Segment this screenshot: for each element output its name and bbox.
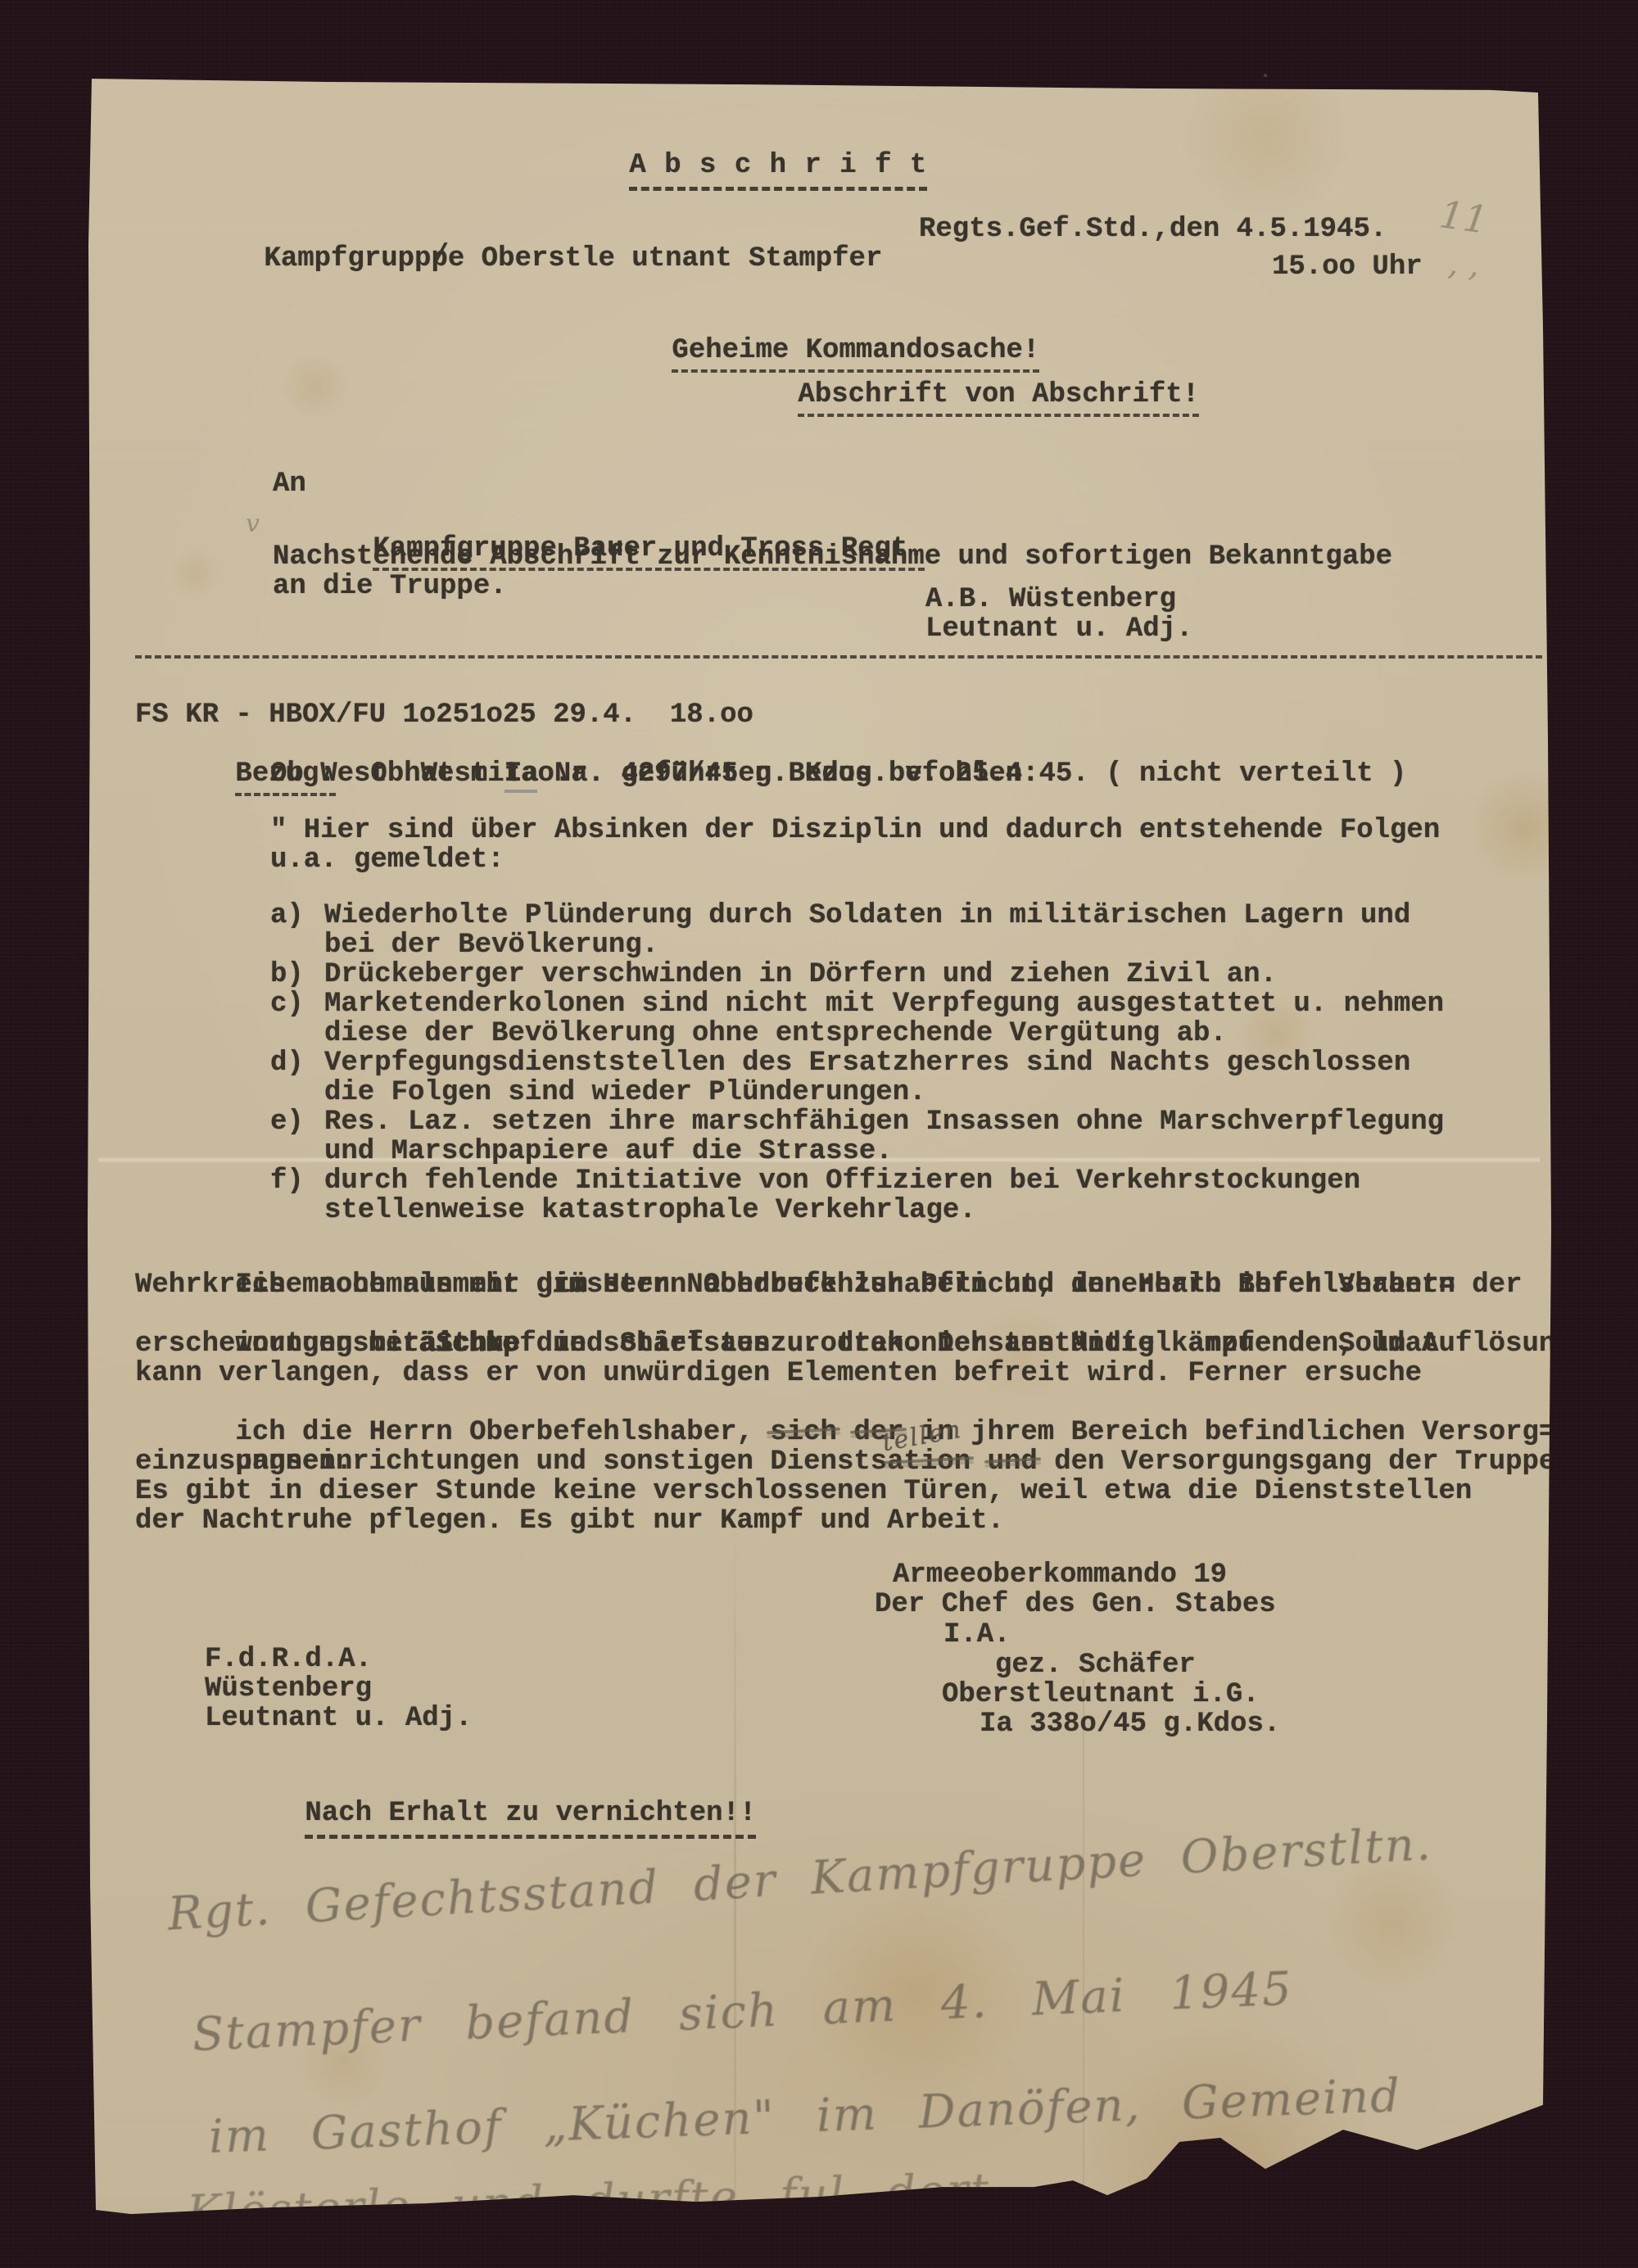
document-title: A b s c h r i f t bbox=[524, 121, 927, 210]
list-item-c-line-1: Marketenderkolonen sind nicht mit Verpfe… bbox=[324, 989, 1444, 1019]
pencil-struck-word: und bbox=[988, 1446, 1038, 1478]
list-item-d-label: d) bbox=[270, 1048, 304, 1078]
address-body-2: an die Truppe. bbox=[273, 572, 507, 601]
signature-ia: I.A. bbox=[943, 1620, 1011, 1650]
document-title-text: A b s c h r i f t bbox=[629, 150, 927, 191]
pencil-edge-marks-top: 11 bbox=[1437, 192, 1491, 242]
sender-pre: Kampfgrupp bbox=[264, 243, 431, 274]
signature-chief: Der Chef des Gen. Stabes bbox=[875, 1590, 1276, 1619]
list-item-f-line-2: stellenweise katastrophale Verkehrlage. bbox=[324, 1196, 976, 1225]
quote-line-2: u.a. gemeldet: bbox=[270, 845, 505, 875]
list-item-b-line-1: Drückeberger verschwinden in Dörfern und… bbox=[324, 960, 1277, 989]
list-item-c-line-2: diese der Bevölkerung ohne entsprechende… bbox=[324, 1019, 1227, 1048]
sender-post: e Oberstle utnant Stampfer bbox=[448, 243, 883, 274]
time-line: 15.oo Uhr bbox=[1272, 252, 1423, 282]
list-item-c-label: c) bbox=[270, 989, 304, 1019]
signature-rank: Oberstleutnant i.G. bbox=[942, 1680, 1260, 1709]
list-item-d-line-1: Verpfegungsdienststellen des Ersatzherre… bbox=[324, 1048, 1410, 1078]
photo-backdrop: A b s c h r i f t Kampfgrupppe Oberstle … bbox=[0, 0, 1638, 2268]
handwriting-line-4: Klösterle und durfte ful dort bbox=[186, 2166, 991, 2238]
list-item-a-line-2: bei der Bevölkerung. bbox=[324, 930, 658, 960]
sender-line: Kampfgrupppe Oberstle utnant Stampfer bbox=[164, 215, 882, 303]
list-item-a-line-1: Wiederholte Plünderung durch Soldaten in… bbox=[324, 901, 1410, 930]
dateline: Regts.Gef.Std.,den 4.5.1945. bbox=[919, 215, 1387, 244]
paragraph-line-8: einzuspannen. bbox=[135, 1447, 352, 1477]
adjutant-role: Leutnant u. Adj. bbox=[925, 614, 1192, 644]
pencil-check-mark: v bbox=[246, 509, 260, 538]
list-item-a-label: a) bbox=[270, 901, 304, 930]
closing-line-1: Es gibt in dieser Stunde keine verschlos… bbox=[135, 1477, 1472, 1506]
destroy-note-line: Nach Erhalt zu vernichten!! bbox=[205, 1769, 756, 1858]
list-item-f-label: f) bbox=[270, 1166, 304, 1196]
certification-abbr: F.d.R.d.A. bbox=[205, 1645, 372, 1674]
signature-ref: Ia 338o/45 g.Kdos. bbox=[980, 1709, 1280, 1739]
address-body-1: Nachstehende Abschrift zur Kenntnisnahme… bbox=[273, 542, 1392, 572]
list-item-d-line-2: die Folgen sind wieder Plünderungen. bbox=[324, 1078, 926, 1107]
pencil-edge-marks-bottom: , , bbox=[1446, 245, 1480, 285]
signature-hq: Armeeoberkommando 19 bbox=[893, 1560, 1227, 1590]
paragraph-line-2: Wehrkreise nochmals mit grössten Nachdru… bbox=[135, 1270, 1455, 1300]
closing-line-2: der Nachtruhe pflegen. Es gibt nur Kampf… bbox=[135, 1506, 1004, 1536]
handwriting-line-2: Stampfer befand sich am 4. Mai 1945 bbox=[192, 1965, 1294, 2060]
list-item-e-line-1: Res. Laz. setzen ihre marschfähigen Insa… bbox=[324, 1107, 1444, 1137]
certification-name: Wüstenberg bbox=[205, 1674, 372, 1704]
separator-rule bbox=[135, 655, 1542, 659]
quote-line-1: " Hier sind über Absinken der Disziplin … bbox=[270, 816, 1440, 845]
list-item-e-label: e) bbox=[270, 1107, 304, 1137]
correction-group: ationtellen bbox=[887, 1446, 971, 1478]
paragraph-text: den Versorgungsgang der Truppe bbox=[1038, 1446, 1556, 1478]
adjutant-name: A.B. Wüstenberg bbox=[925, 585, 1176, 614]
fs-line: FS KR - HBOX/FU 1o251o25 29.4. 18.oo bbox=[135, 700, 753, 730]
list-item-f-line-1: durch fehlende Initiative von Offizieren… bbox=[324, 1166, 1360, 1196]
handwriting-line-3: im Gasthof „Küchen" im Danöfen, Gemeind bbox=[208, 2071, 1402, 2162]
certification-role: Leutnant u. Adj. bbox=[205, 1704, 472, 1733]
list-item-e-line-2: und Marschpapiere auf die Strasse. bbox=[324, 1137, 893, 1166]
paragraph-line-5: kann verlangen, dass er von unwürdigen E… bbox=[135, 1359, 1422, 1388]
destroy-note-text: Nach Erhalt zu vernichten!! bbox=[305, 1798, 756, 1839]
document-page: A b s c h r i f t Kampfgrupppe Oberstle … bbox=[0, 0, 1638, 2268]
list-item-b-label: b) bbox=[270, 960, 304, 989]
sender-struck-letter: p bbox=[431, 243, 447, 274]
signature-signed: gez. Schäfer bbox=[995, 1650, 1196, 1680]
bezug-line-2: Ob West hat mit o.a. geführten Bezug bef… bbox=[270, 759, 1039, 789]
copy-note-line: Abschrift von Abschrift! bbox=[698, 351, 1199, 439]
copy-note-text: Abschrift von Abschrift! bbox=[798, 379, 1199, 417]
address-an: An bbox=[273, 469, 306, 499]
paragraph-line-4: erscheinungen mit Stumpf und Stiel auszu… bbox=[135, 1329, 1438, 1359]
